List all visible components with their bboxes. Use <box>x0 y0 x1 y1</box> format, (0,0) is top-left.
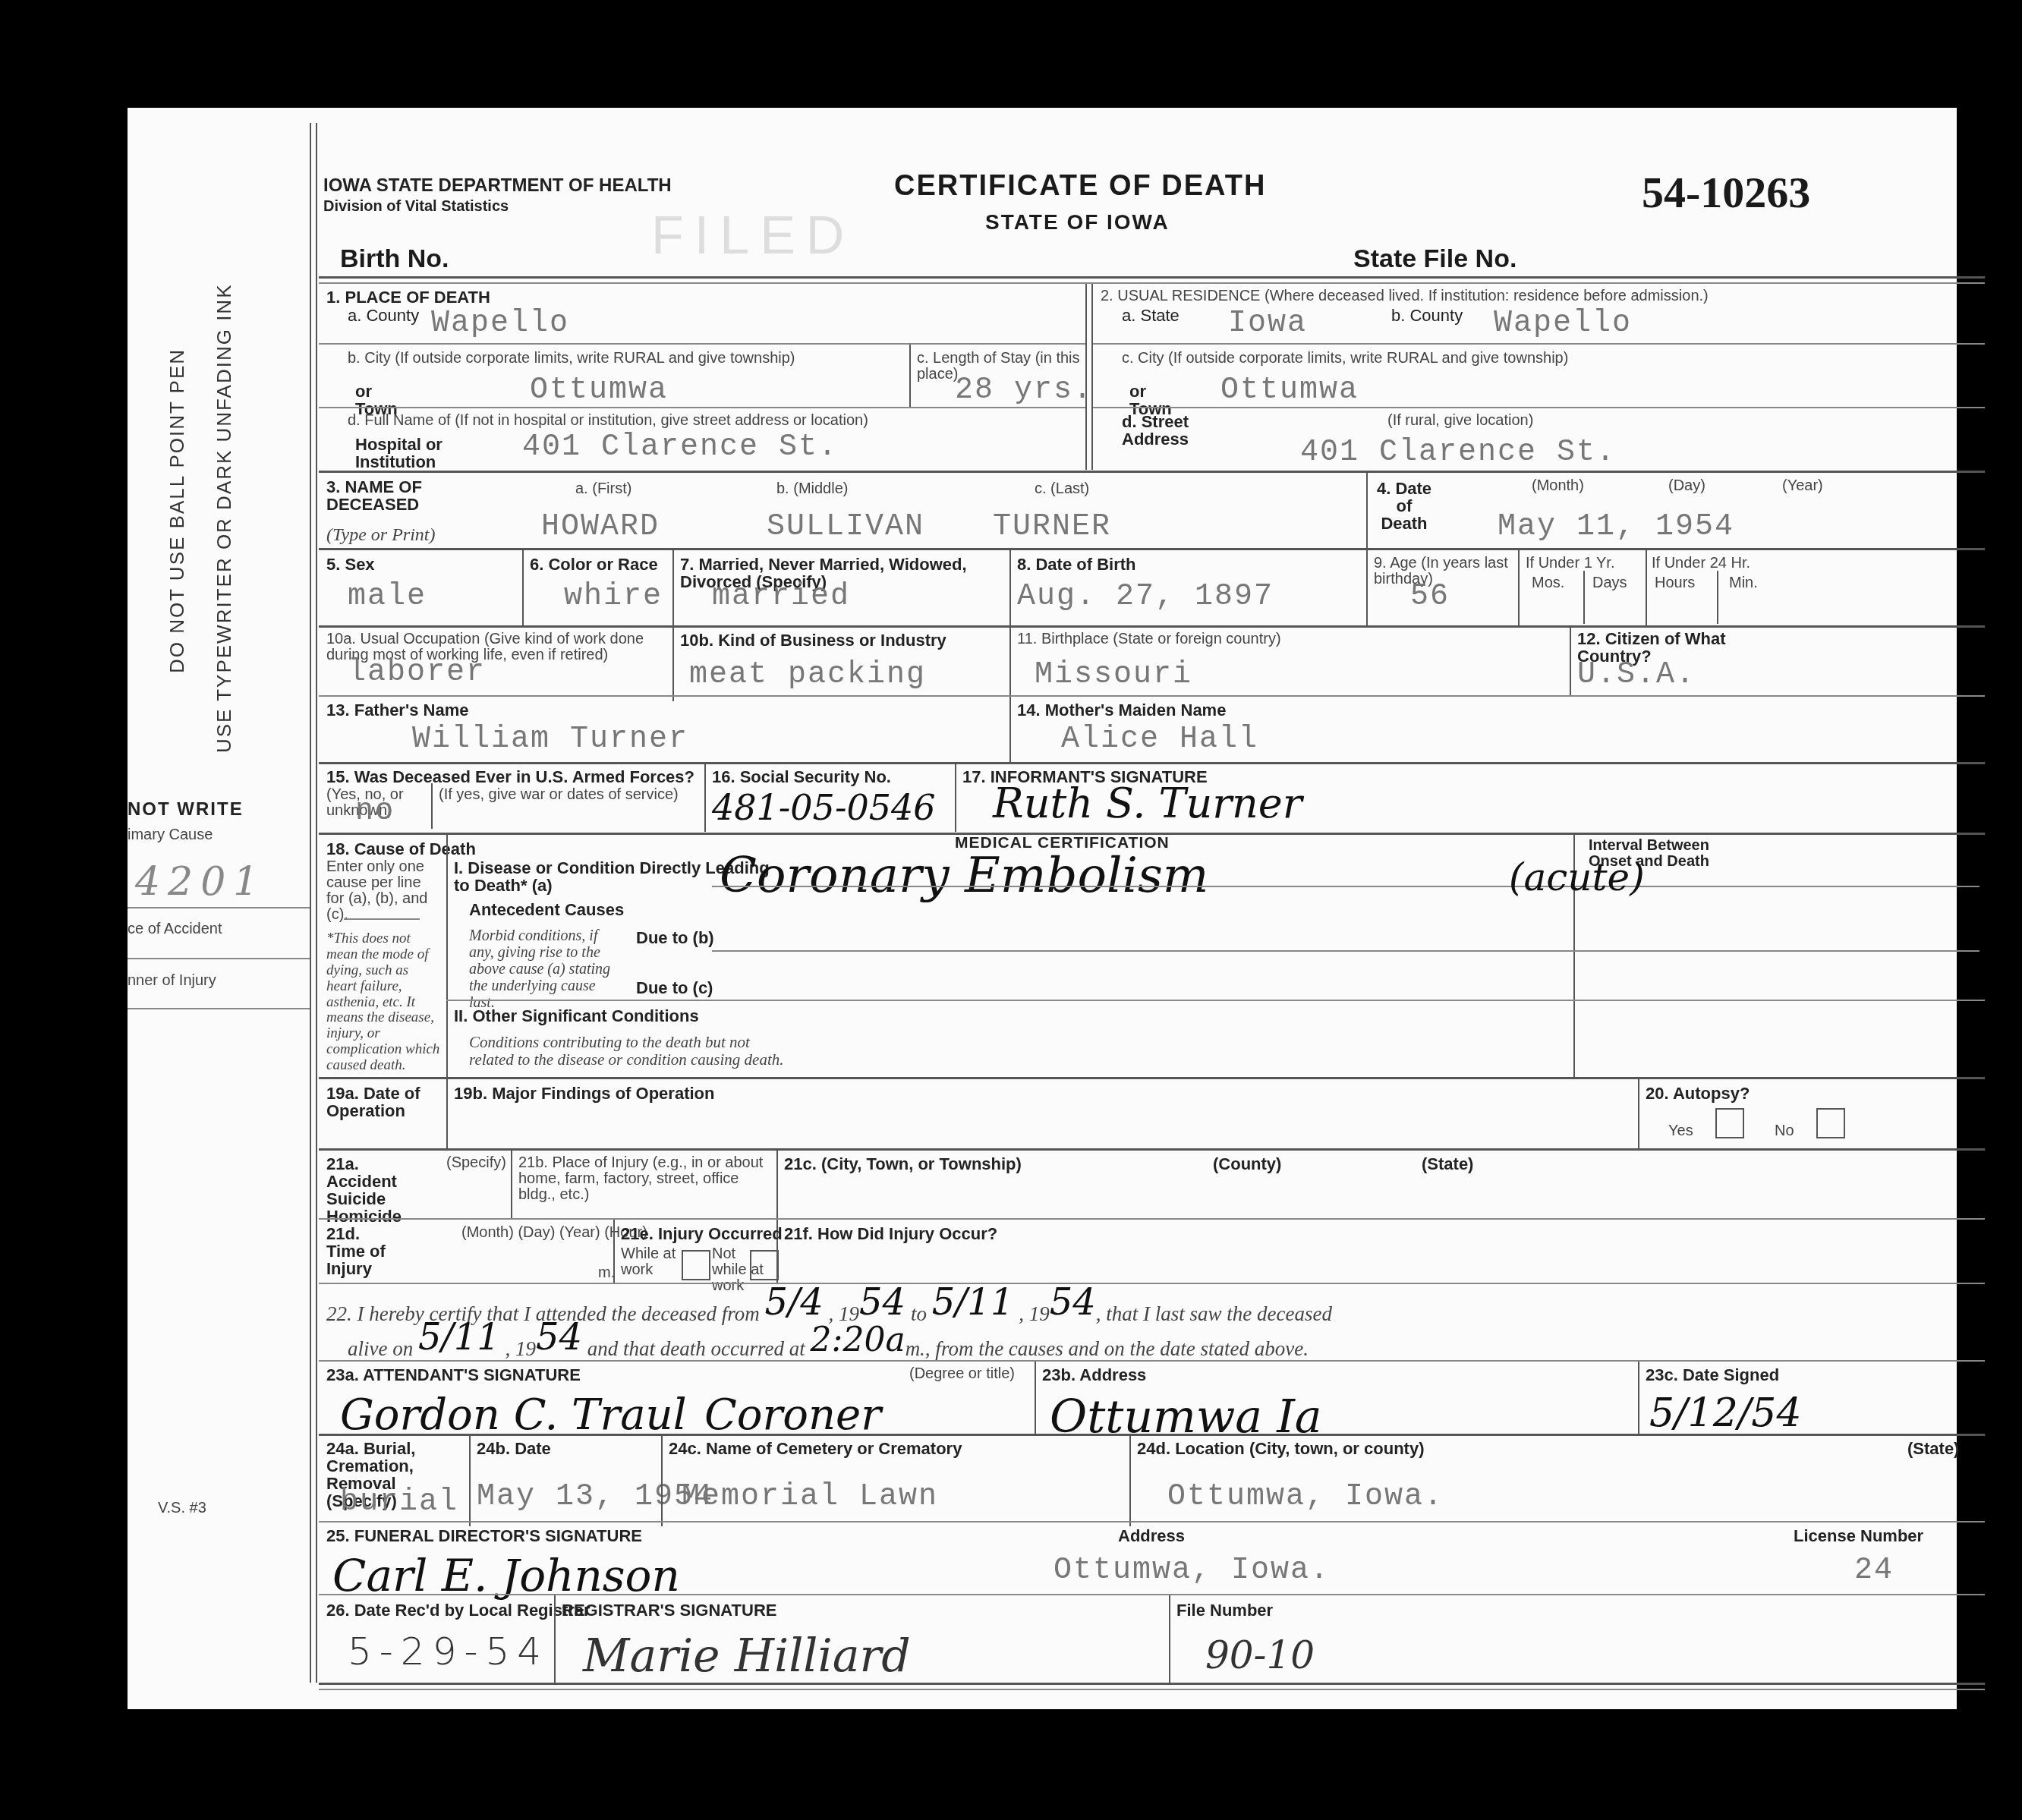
due-to-c: Due to (c) <box>636 979 713 997</box>
margin-instruction-1: DO NOT USE BALL POINT PEN <box>165 348 189 673</box>
cause-footnote: *This does not mean the mode of dying, s… <box>326 931 440 1074</box>
birth-no-label: Birth No. <box>340 244 449 274</box>
injury-occurred-label: 21e. Injury Occurred <box>621 1225 783 1242</box>
hospital: 401 Clarence St. <box>522 430 838 464</box>
date-signed-label: 23c. Date Signed <box>1646 1366 1779 1384</box>
last-name: TURNER <box>993 510 1111 544</box>
res-state: Iowa <box>1228 307 1307 341</box>
birthplace: Missouri <box>1035 658 1192 692</box>
res-city-label: c. City (If outside corporate limits, wr… <box>1122 351 1568 367</box>
attendant-signature-label: 23a. ATTENDANT'S SIGNATURE <box>326 1366 581 1384</box>
death-certificate: DO NOT USE BALL POINT PEN USE TYPEWRITER… <box>128 108 1957 1709</box>
injury-state-label: (State) <box>1422 1155 1473 1173</box>
degree-label: (Degree or title) <box>909 1366 1015 1382</box>
middle-name-label: b. (Middle) <box>776 481 848 497</box>
date-of-death: May 11, 1954 <box>1498 510 1734 544</box>
other-conditions-text: Conditions contributing to the death but… <box>469 1034 788 1069</box>
autopsy-yes-label: Yes <box>1668 1123 1693 1139</box>
registrar-signature: Marie Hilliard <box>583 1629 911 1683</box>
autopsy-label: 20. Autopsy? <box>1646 1085 1750 1102</box>
father-name-label: 13. Father's Name <box>326 701 468 719</box>
res-state-label: a. State <box>1122 307 1179 324</box>
date-received: 5-29-54 <box>348 1629 549 1674</box>
under-24hr-label: If Under 24 Hr. <box>1652 556 1750 572</box>
manner-of-injury-label: nner of Injury <box>128 973 216 989</box>
cause-instructions: Enter only one cause per line for (a), (… <box>326 859 440 923</box>
place-of-injury-label: 21b. Place of Injury (e.g., in or about … <box>518 1155 769 1203</box>
license-number-label: License Number <box>1794 1527 1923 1544</box>
funeral-director-label: 25. FUNERAL DIRECTOR'S SIGNATURE <box>326 1527 642 1544</box>
citizenship: U.S.A. <box>1577 658 1696 692</box>
birthplace-label: 11. Birthplace (State or foreign country… <box>1017 631 1281 647</box>
ssn-label: 16. Social Security No. <box>712 768 891 786</box>
while-at-work-label: While at work <box>621 1246 678 1278</box>
war-service-label: (If yes, give war or dates of service) <box>439 787 689 803</box>
how-injury-label: 21f. How Did Injury Occur? <box>784 1225 997 1242</box>
certificate-number: 54-10263 <box>1642 167 1810 218</box>
first-name-label: a. (First) <box>575 481 631 497</box>
form-number: V.S. #3 <box>158 1500 206 1516</box>
middle-name: SULLIVAN <box>767 510 924 544</box>
certificate-title: CERTIFICATE OF DEATH <box>894 170 1266 203</box>
last-name-label: c. (Last) <box>1035 481 1089 497</box>
armed-forces-label: 15. Was Deceased Ever in U.S. Armed Forc… <box>326 768 694 786</box>
mother-name-label: 14. Mother's Maiden Name <box>1017 701 1226 719</box>
industry: meat packing <box>689 658 926 692</box>
name-of-deceased-label: 3. NAME OF DECEASED <box>326 478 448 513</box>
date-of-birth: Aug. 27, 1897 <box>1017 580 1274 614</box>
attendant-address-label: 23b. Address <box>1042 1366 1146 1384</box>
cemetery-label: 24c. Name of Cemetery or Crematory <box>669 1440 962 1457</box>
other-conditions-label: II. Other Significant Conditions <box>454 1007 699 1025</box>
sex: male <box>348 580 427 614</box>
length-of-stay: 28 yrs. <box>955 373 1093 408</box>
res-county-label: b. County <box>1391 307 1463 324</box>
file-number: 90-10 <box>1205 1633 1315 1677</box>
autopsy-no-checkbox[interactable] <box>1816 1108 1845 1138</box>
injury-city-label: 21c. (City, Town, or Township) <box>784 1155 1022 1173</box>
file-number-label: File Number <box>1176 1601 1273 1619</box>
pod-city-label: b. City (If outside corporate limits, wr… <box>348 351 902 367</box>
license-number: 24 <box>1854 1554 1894 1588</box>
dod-month-label: (Month) <box>1532 478 1584 494</box>
funeral-address-label: Address <box>1118 1527 1185 1544</box>
autopsy-yes-checkbox[interactable] <box>1715 1108 1744 1138</box>
date-signed: 5/12/54 <box>1649 1390 1801 1436</box>
disease: Coronary Embolism <box>720 848 1208 904</box>
res-street-hint: (If rural, give location) <box>1387 413 1533 429</box>
not-at-work-checkbox[interactable] <box>750 1250 779 1280</box>
hospital-sub-label: Hospital or Institution <box>355 436 461 471</box>
industry-label: 10b. Kind of Business or Industry <box>680 631 946 649</box>
morbid-text: Morbid conditions, if any, giving rise t… <box>469 927 621 1011</box>
state-file-no-label: State File No. <box>1353 244 1516 274</box>
res-city: Ottumwa <box>1220 373 1359 408</box>
type-or-print: (Type or Print) <box>326 525 436 545</box>
mother-name: Alice Hall <box>1061 723 1258 757</box>
age: 56 <box>1410 580 1450 614</box>
operation-date-label: 19a. Date of Operation <box>326 1085 440 1119</box>
pod-county: Wapello <box>431 307 569 341</box>
cause-label: 18. Cause of Death <box>326 840 476 858</box>
accident-specify: (Specify) <box>446 1155 506 1171</box>
armed-forces: no <box>355 795 395 829</box>
primary-cause-label: imary Cause <box>128 827 213 843</box>
burial-date: May 13, 1954 <box>477 1480 713 1514</box>
while-at-work-checkbox[interactable] <box>682 1250 710 1280</box>
attended-to: 5/11 <box>932 1281 1014 1324</box>
time-of-injury-label: 21d. Time of Injury <box>326 1225 402 1277</box>
time-of-death: 2:20a <box>811 1321 905 1359</box>
margin-instruction-2: USE TYPEWRITER OR DARK UNFADING INK <box>213 284 236 753</box>
last-seen-alive: 5/11 <box>418 1316 500 1359</box>
operation-findings-label: 19b. Major Findings of Operation <box>454 1085 714 1102</box>
due-to-b: Due to (b) <box>636 929 714 946</box>
time-m-label: m. <box>598 1265 615 1281</box>
res-county: Wapello <box>1494 307 1632 341</box>
race-label: 6. Color or Race <box>530 556 658 573</box>
burial-location-label: 24d. Location (City, town, or county) <box>1137 1440 1424 1457</box>
filed-stamp: FILED <box>651 205 855 266</box>
res-street: 401 Clarence St. <box>1300 436 1616 470</box>
dob-label: 8. Date of Birth <box>1017 556 1135 573</box>
funeral-address: Ottumwa, Iowa. <box>1054 1554 1330 1588</box>
hours-label: Hours <box>1655 575 1695 591</box>
burial-state-label: (State) <box>1907 1440 1959 1457</box>
hospital-label: d. Full Name of (If not in hospital or i… <box>348 413 1076 429</box>
race: whire <box>564 580 663 614</box>
attendant-title: Coroner <box>704 1390 881 1440</box>
date-received-label: 26. Date Rec'd by Local Registrar <box>326 1601 591 1619</box>
attendant-signature: Gordon C. Traul <box>340 1390 687 1440</box>
registrar-signature-label: REGISTRAR'S SIGNATURE <box>562 1601 777 1619</box>
dod-year-label: (Year) <box>1782 478 1823 494</box>
interval: (acute) <box>1509 855 1645 899</box>
last-seen-alive-year: 54 <box>536 1316 582 1359</box>
primary-cause-code: 4201 <box>135 859 266 905</box>
injury-county-label: (County) <box>1213 1155 1281 1173</box>
division-name: Division of Vital Statistics <box>323 199 509 215</box>
burial-location: Ottumwa, Iowa. <box>1167 1480 1444 1514</box>
date-of-death-label: 4. Date of Death <box>1374 480 1435 532</box>
cemetery: Memorial Lawn <box>682 1480 938 1514</box>
informant-signature: Ruth S. Turner <box>993 779 1302 827</box>
time-of-injury-cols: (Month) (Day) (Year) (Hour) <box>461 1225 647 1241</box>
do-not-write-label: NOT WRITE <box>128 800 302 819</box>
mos-label: Mos. <box>1532 575 1564 591</box>
res-street-label: d. Street Address <box>1122 413 1213 448</box>
ssn: 481-05-0546 <box>712 787 936 828</box>
attended-from: 5/4 <box>765 1281 824 1324</box>
dod-day-label: (Day) <box>1668 478 1705 494</box>
under-1yr-label: If Under 1 Yr. <box>1526 556 1614 572</box>
occupation: laborer <box>348 656 486 690</box>
certify-line-2: alive on 5/11 , 1954 and that death occu… <box>348 1324 1309 1364</box>
accident-label: 21a. Accident Suicide Homicide <box>326 1155 410 1225</box>
days-label: Days <box>1592 575 1627 591</box>
burial-date-label: 24b. Date <box>477 1440 551 1457</box>
attended-from-year: 54 <box>859 1281 905 1324</box>
sex-label: 5. Sex <box>326 556 375 573</box>
marital-status: married <box>712 580 850 614</box>
place-of-death-label: 1. PLACE OF DEATH <box>326 288 490 306</box>
antecedent-label: Antecedent Causes <box>469 901 624 918</box>
place-of-accident-label: ce of Accident <box>128 921 222 937</box>
certificate-subtitle: STATE OF IOWA <box>985 210 1170 235</box>
pod-city: Ottumwa <box>530 373 668 408</box>
min-label: Min. <box>1729 575 1758 591</box>
pod-county-label: a. County <box>348 307 419 324</box>
first-name: HOWARD <box>541 510 660 544</box>
attended-to-year: 54 <box>1050 1281 1096 1324</box>
department-name: IOWA STATE DEPARTMENT OF HEALTH <box>323 176 672 195</box>
father-name: William Turner <box>412 723 688 757</box>
usual-residence-label: 2. USUAL RESIDENCE (Where deceased lived… <box>1101 288 1973 304</box>
autopsy-no-label: No <box>1775 1123 1794 1139</box>
burial-type: burial <box>340 1485 458 1519</box>
